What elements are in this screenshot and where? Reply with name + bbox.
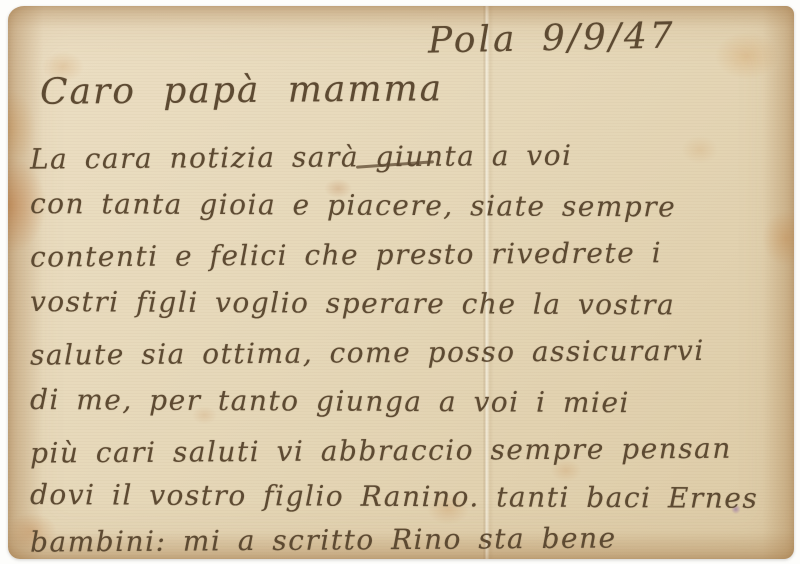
letter-line: vostri figli voglio sperare che la vostr… [30,277,784,330]
letter-paper: Pola 9/9/47 Caro papà mamma La cara noti… [8,6,794,559]
letter-line: più cari saluti vi abbraccio sempre pens… [30,423,784,477]
letter-line: salute sia ottima, come posso assicurarv… [30,325,784,379]
letter-line: La cara notizia sarà giunta a voi [30,129,784,183]
scan-background: Pola 9/9/47 Caro papà mamma La cara noti… [0,0,800,564]
letter-body: La cara notizia sarà giunta a voi con ta… [30,132,784,559]
letter-dateline: Pola 9/9/47 [428,15,677,61]
letter-line: dovi il vostro figlio Ranino. tanti baci… [30,473,784,521]
letter-salutation: Caro papà mamma [40,68,443,113]
letter-line: contenti e felici che presto rivedrete i [30,227,784,281]
letter-line: di me, per tanto giunga a voi i miei [30,375,784,428]
letter-line: bambini: mi a scritto Rino sta bene [30,516,784,559]
letter-line: con tanta gioia e piacere, siate sempre [30,179,784,232]
